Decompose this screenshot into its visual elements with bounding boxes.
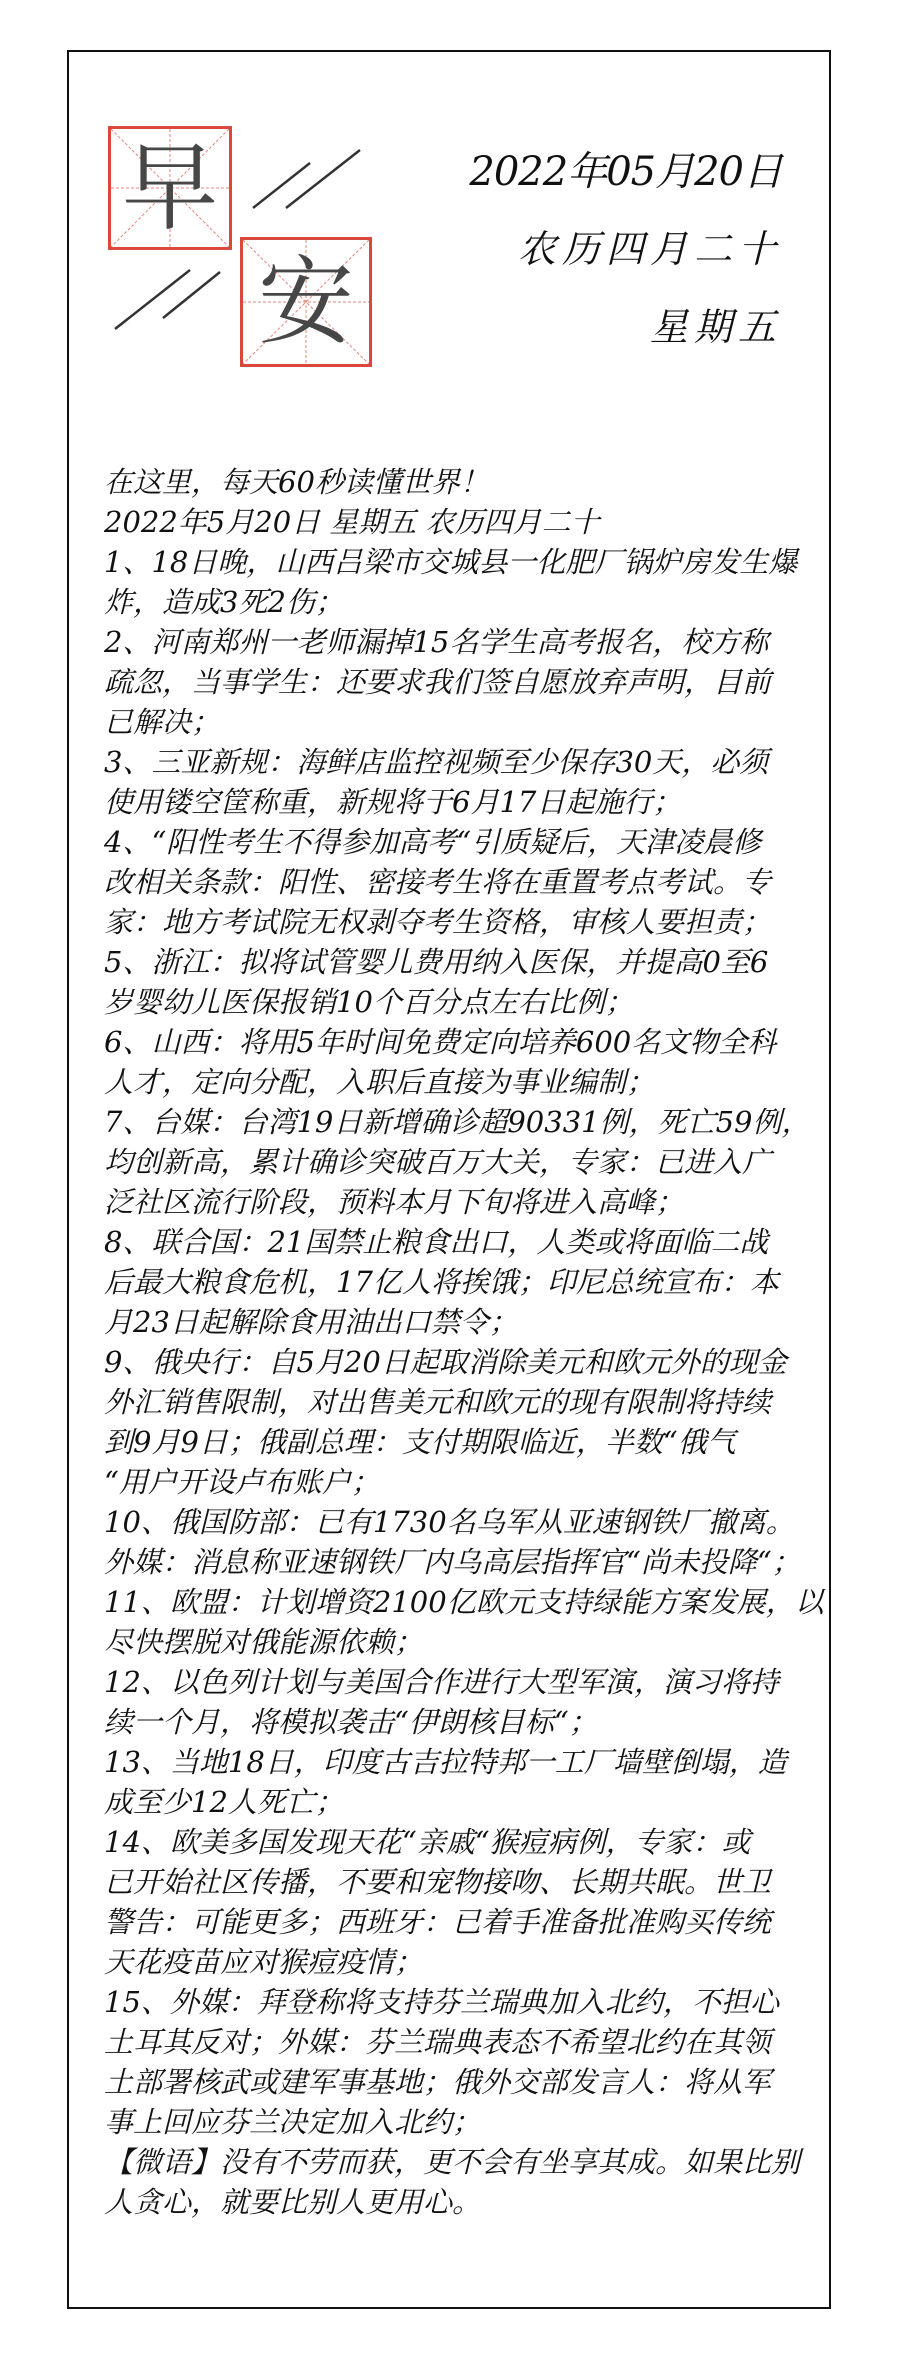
news-line: 2、河南郑州一老师漏掉15名学生高考报名，校方称 [104,622,824,662]
weekday: 星期五 [650,296,782,351]
news-line: 已解决； [104,702,824,742]
gregorian-date: 2022年05月20日 [469,140,782,197]
news-line: 外媒：消息称亚速钢铁厂内乌高层指挥官“尚未投降“； [104,1542,824,1582]
news-line: 已开始社区传播，不要和宠物接吻、长期共眠。世卫 [104,1862,824,1902]
news-line: 续一个月，将模拟袭击“伊朗核目标“； [104,1702,824,1742]
news-line: 6、山西：将用5年时间免费定向培养600名文物全科 [104,1022,824,1062]
news-line: 到9月9日；俄副总理：支付期限临近，半数“俄气 [104,1422,824,1462]
news-line: 天花疫苗应对猴痘疫情； [104,1942,824,1982]
news-line: 8、联合国：21国禁止粮食出口，人类或将面临二战 [104,1222,824,1262]
news-line: 3、三亚新规：海鲜店监控视频至少保存30天，必须 [104,742,824,782]
news-line: 改相关条款：阳性、密接考生将在重置考点考试。专 [104,862,824,902]
news-line: 1、18日晚，山西吕梁市交城县一化肥厂锅炉房发生爆 [104,542,824,582]
news-line: 土耳其反对；外媒：芬兰瑞典表态不希望北约在其领 [104,2022,824,2062]
news-line: 警告：可能更多；西班牙：已着手准备批准购买传统 [104,1902,824,1942]
title-char-box-peace: 安 [240,237,372,367]
news-line: 炸，造成3死2伤； [104,582,824,622]
news-line: “用户开设卢布账户； [104,1462,824,1502]
title-char-an: 安 [243,240,369,364]
news-line: 13、当地18日，印度古吉拉特邦一工厂墙壁倒塌，造 [104,1742,824,1782]
news-line: 泛社区流行阶段，预料本月下旬将进入高峰； [104,1182,824,1222]
title-char-zao: 早 [111,129,229,247]
news-line: 尽快摆脱对俄能源依赖； [104,1622,824,1662]
news-line: 月23日起解除食用油出口禁令； [104,1302,824,1342]
date-summary-line: 2022年5月20日 星期五 农历四月二十 [104,502,824,542]
news-line: 10、俄国防部：已有1730名乌军从亚速钢铁厂撤离。 [104,1502,824,1542]
news-line: 人才，定向分配，入职后直接为事业编制； [104,1062,824,1102]
news-line: 5、浙江：拟将试管婴儿费用纳入医保，并提高0至6 [104,942,824,982]
news-line: 4、“阳性考生不得参加高考“引质疑后，天津凌晨修 [104,822,824,862]
news-line: 疏忽，当事学生：还要求我们签自愿放弃声明，目前 [104,662,824,702]
news-line: 使用镂空筐称重，新规将于6月17日起施行； [104,782,824,822]
intro-line: 在这里，每天60秒读懂世界！ [104,462,824,502]
news-line: 14、欧美多国发现天花“亲戚“猴痘病例，专家：或 [104,1822,824,1862]
news-line: 后最大粮食危机，17亿人将挨饿；印尼总统宣布：本 [104,1262,824,1302]
quote-line: 人贪心，就要比别人更用心。 [104,2182,824,2222]
news-line: 岁婴幼儿医保报销10个百分点左右比例； [104,982,824,1022]
news-body: 在这里，每天60秒读懂世界！ 2022年5月20日 星期五 农历四月二十 1、1… [104,462,824,2222]
news-line: 均创新高，累计确诊突破百万大关，专家：已进入广 [104,1142,824,1182]
news-line: 成至少12人死亡； [104,1782,824,1822]
news-line: 15、外媒：拜登称将支持芬兰瑞典加入北约，不担心 [104,1982,824,2022]
news-line: 9、俄央行：自5月20日起取消除美元和欧元外的现金 [104,1342,824,1382]
news-line: 事上回应芬兰决定加入北约； [104,2102,824,2142]
title-char-box-morning: 早 [108,126,232,250]
news-line: 外汇销售限制，对出售美元和欧元的现有限制将持续 [104,1382,824,1422]
lunar-date: 农历四月二十 [518,218,782,273]
news-line: 土部署核武或建军事基地；俄外交部发言人：将从军 [104,2062,824,2102]
news-line: 家：地方考试院无权剥夺考生资格，审核人要担责； [104,902,824,942]
quote-line: 【微语】没有不劳而获，更不会有坐享其成。如果比别 [104,2142,824,2182]
news-line: 7、台媒：台湾19日新增确诊超90331例，死亡59例， [104,1102,824,1142]
news-line: 12、以色列计划与美国合作进行大型军演，演习将持 [104,1662,824,1702]
news-line: 11、欧盟：计划增资2100亿欧元支持绿能方案发展，以 [104,1582,824,1622]
